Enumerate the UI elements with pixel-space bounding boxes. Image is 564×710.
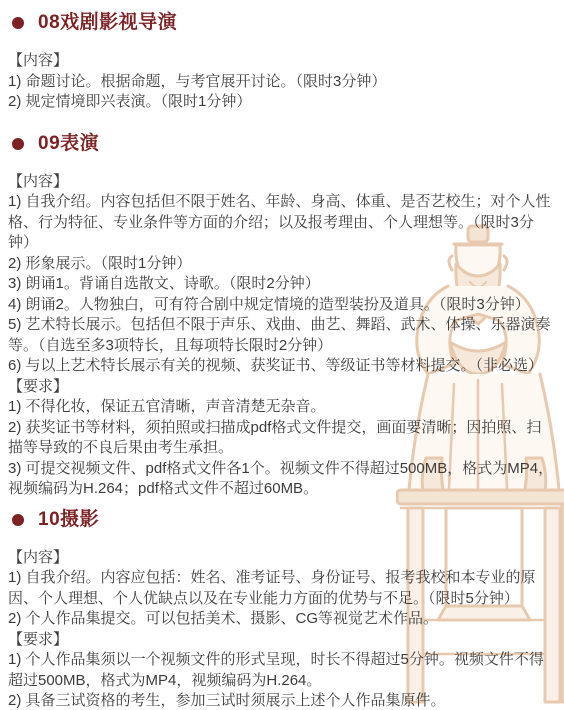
bullet-icon	[12, 514, 24, 526]
section-title-text: 10摄影	[38, 509, 99, 531]
text-line: 3) 朗诵1。背诵自选散文、诗歌。（限时2分钟）	[8, 274, 556, 295]
document-content: 08戏剧影视导演【内容】1) 命题讨论。根据命题，与考官展开讨论。（限时3分钟）…	[0, 0, 564, 710]
block-label: 【内容】	[8, 51, 556, 72]
block-label: 【要求】	[8, 630, 556, 651]
text-line: 2) 形象展示。（限时1分钟）	[8, 254, 556, 275]
block-label: 【要求】	[8, 377, 556, 398]
text-line: 1) 个人作品集须以一个视频文件的形式呈现，时长不得超过5分钟。视频文件不得超过…	[8, 650, 556, 691]
text-line: 6) 与以上艺术特长展示有关的视频、获奖证书、等级证书等材料提交。（非必选）	[8, 356, 556, 377]
text-line: 2) 规定情境即兴表演。（限时1分钟）	[8, 92, 556, 113]
text-line: 2) 个人作品集提交。可以包括美术、摄影、CG等视觉艺术作品。	[8, 609, 556, 630]
section-title: 09表演	[12, 133, 556, 155]
block-label: 【内容】	[8, 172, 556, 193]
section-title: 10摄影	[12, 509, 556, 531]
section-title: 08戏剧影视导演	[12, 12, 556, 34]
section-title-text: 09表演	[38, 133, 99, 155]
text-line: 1) 自我介绍。内容包括但不限于姓名、年龄、身高、体重、是否艺校生；对个人性格、…	[8, 192, 556, 254]
bullet-icon	[12, 138, 24, 150]
text-line: 2) 获奖证书等材料，须拍照或扫描成pdf格式文件提交，画面要清晰；因拍照、扫描…	[8, 418, 556, 459]
section-09: 09表演【内容】1) 自我介绍。内容包括但不限于姓名、年龄、身高、体重、是否艺校…	[8, 133, 556, 500]
text-line: 5) 艺术特长展示。包括但不限于声乐、戏曲、曲艺、舞蹈、武术、体操、乐器演奏等。…	[8, 315, 556, 356]
text-line: 1) 不得化妆，保证五官清晰，声音清楚无杂音。	[8, 397, 556, 418]
text-line: 4) 朗诵2。人物独白，可有符合剧中规定情境的造型装扮及道具。（限时3分钟）	[8, 295, 556, 316]
block-label: 【内容】	[8, 548, 556, 569]
section-title-text: 08戏剧影视导演	[38, 12, 177, 34]
section-08: 08戏剧影视导演【内容】1) 命题讨论。根据命题，与考官展开讨论。（限时3分钟）…	[8, 12, 556, 113]
text-line: 2) 具备三试资格的考生，参加三试时须展示上述个人作品集原件。	[8, 691, 556, 710]
text-line: 1) 自我介绍。内容应包括：姓名、准考证号、身份证号、报考我校和本专业的原因、个…	[8, 568, 556, 609]
text-line: 1) 命题讨论。根据命题，与考官展开讨论。（限时3分钟）	[8, 72, 556, 93]
bullet-icon	[12, 17, 24, 29]
text-line: 3) 可提交视频文件、pdf格式文件各1个。视频文件不得超过500MB，格式为M…	[8, 459, 556, 500]
section-10: 10摄影【内容】1) 自我介绍。内容应包括：姓名、准考证号、身份证号、报考我校和…	[8, 509, 556, 710]
